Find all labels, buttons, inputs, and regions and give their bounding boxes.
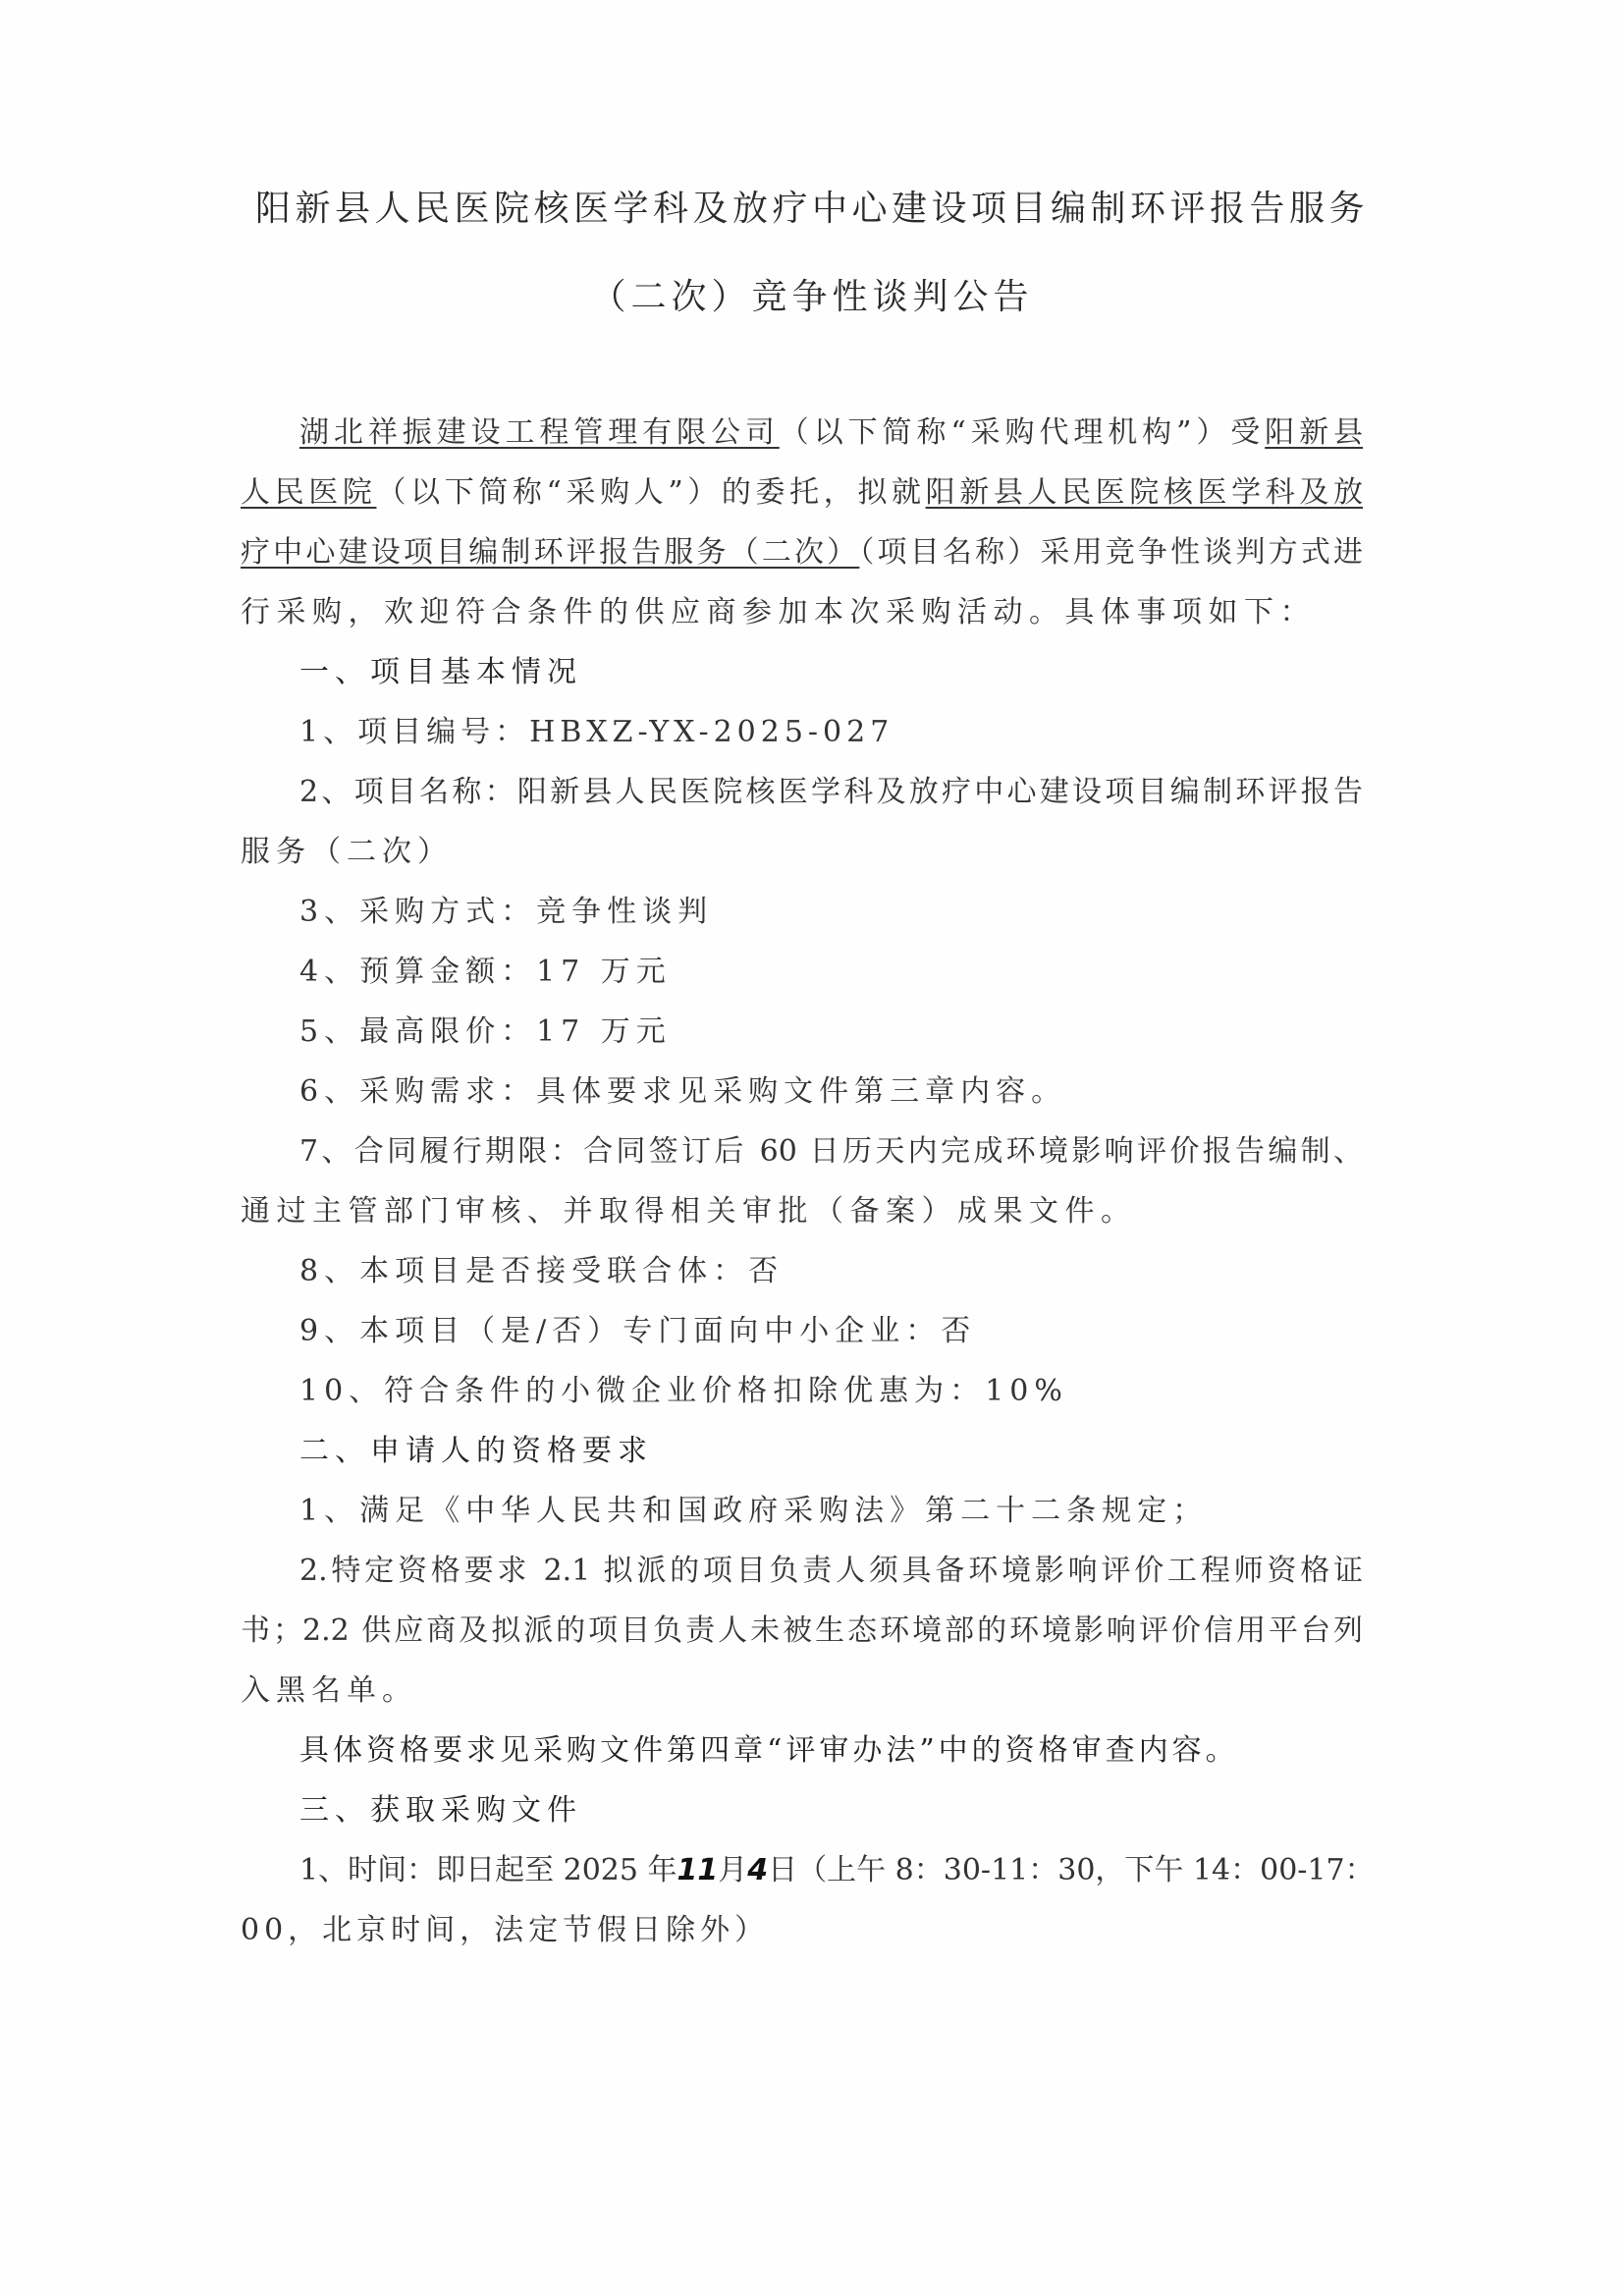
qualification-item-1: 1、满足《中华人民共和国政府采购法》第二十二条规定； [299, 1492, 1363, 1531]
agency-name: 湖北祥振建设工程管理有限公司 [299, 415, 780, 450]
item-value: 否 [748, 1254, 784, 1288]
document-page: 阳新县人民医院核医学科及放疗中心建设项目编制环评报告服务 （二次）竞争性谈判公告… [0, 0, 1624, 2296]
item-project-name: 2、项目名称：阳新县人民医院核医学科及放疗中心建设项目编制环评报告 [299, 773, 1363, 812]
item-project-name-continuation: 服务（二次） [241, 833, 1363, 872]
item-contract-period: 7、合同履行期限：合同签订后 60 日历天内完成环境影响评价报告编制、 [299, 1132, 1363, 1172]
intro-line-1: 湖北祥振建设工程管理有限公司（以下简称“采购代理机构”）受阳新县 [299, 413, 1363, 453]
time-suffix: （上午 8：30-11：30，下午 14：00-17： [797, 1853, 1374, 1887]
project-name-part1: 阳新县人民医院核医学科及放 [926, 475, 1363, 510]
page-title-line1: 阳新县人民医院核医学科及放疗中心建设项目编制环评报告服务 [0, 188, 1624, 231]
item-budget: 4、预算金额：17 万元 [299, 953, 1363, 992]
page-title-line2: （二次）竞争性谈判公告 [0, 276, 1624, 319]
time-prefix: 1、时间：即日起至 2025 年 [299, 1853, 677, 1887]
item-label: 8、本项目是否接受联合体： [299, 1254, 748, 1288]
item-label: 3、采购方式： [299, 895, 536, 929]
qualification-item-2-line3: 入黑名单。 [241, 1671, 1363, 1711]
item-label: 10、符合条件的小微企业价格扣除优惠为： [299, 1374, 985, 1408]
item-value: 具体要求见采购文件第三章内容。 [536, 1074, 1066, 1109]
item-procurement-method: 3、采购方式：竞争性谈判 [299, 893, 1363, 932]
section2-heading: 二、申请人的资格要求 [299, 1432, 1363, 1471]
item-label: 2、项目名称： [299, 775, 517, 809]
intro-line-3: 疗中心建设项目编制环评报告服务（二次）（项目名称）采用竞争性谈判方式进 [241, 533, 1363, 573]
purchaser-suffix: （以下简称“采购人”）的委托，拟就 [376, 475, 925, 510]
item-value: 合同签订后 60 日历天内完成环境影响评价报告编制、 [583, 1134, 1363, 1169]
day-unit: 日 [768, 1853, 797, 1887]
item-value: HBXZ-YX-2025-027 [529, 715, 893, 749]
item-value: 10% [985, 1374, 1068, 1408]
item-value: 17 万元 [536, 1014, 672, 1049]
qualification-note: 具体资格要求见采购文件第四章“评审办法”中的资格审查内容。 [299, 1731, 1363, 1771]
item-label: 6、采购需求： [299, 1074, 536, 1109]
item-label: 9、本项目（是/否）专门面向中小企业： [299, 1314, 941, 1348]
item-max-price: 5、最高限价：17 万元 [299, 1012, 1363, 1052]
qualification-item-2-line1: 2.特定资格要求 2.1 拟派的项目负责人须具备环境影响评价工程师资格证 [299, 1552, 1363, 1591]
section1-heading: 一、项目基本情况 [299, 653, 1363, 692]
item-project-number: 1、项目编号：HBXZ-YX-2025-027 [299, 713, 1363, 752]
month-unit: 月 [718, 1853, 747, 1887]
item-value: 否 [941, 1314, 976, 1348]
item-price-deduction: 10、符合条件的小微企业价格扣除优惠为：10% [299, 1372, 1363, 1411]
item-value: 阳新县人民医院核医学科及放疗中心建设项目编制环评报告 [517, 775, 1363, 809]
item-sme-dedicated: 9、本项目（是/否）专门面向中小企业：否 [299, 1312, 1363, 1351]
item-contract-period-continuation: 通过主管部门审核、并取得相关审批（备案）成果文件。 [241, 1192, 1363, 1231]
item-label: 1、项目编号： [299, 715, 529, 749]
intro-line-4: 行采购，欢迎符合条件的供应商参加本次采购活动。具体事项如下： [241, 593, 1363, 632]
purchaser-name-part2: 人民医院 [241, 475, 376, 510]
qualification-item-2-line2: 书；2.2 供应商及拟派的项目负责人未被生态环境部的环境影响评价信用平台列 [241, 1612, 1363, 1651]
acquisition-time-line1: 1、时间：即日起至 2025 年11月4日（上午 8：30-11：30，下午 1… [299, 1851, 1363, 1890]
section3-heading: 三、获取采购文件 [299, 1791, 1363, 1831]
project-suffix: （项目名称）采用竞争性谈判方式进 [859, 535, 1363, 570]
item-label: 5、最高限价： [299, 1014, 536, 1049]
purchaser-name-part1: 阳新县 [1265, 415, 1363, 450]
handwritten-day: 4 [747, 1853, 768, 1887]
item-value: 竞争性谈判 [536, 895, 713, 929]
item-consortium: 8、本项目是否接受联合体：否 [299, 1252, 1363, 1291]
item-label: 4、预算金额： [299, 955, 536, 989]
item-label: 7、合同履行期限： [299, 1134, 583, 1169]
project-name-part2: 疗中心建设项目编制环评报告服务（二次） [241, 535, 859, 570]
intro-line-2: 人民医院（以下简称“采购人”）的委托，拟就阳新县人民医院核医学科及放 [241, 473, 1363, 513]
agency-suffix: （以下简称“采购代理机构”）受 [780, 415, 1265, 450]
acquisition-time-line2: 00，北京时间，法定节假日除外） [241, 1911, 1363, 1950]
item-requirements: 6、采购需求：具体要求见采购文件第三章内容。 [299, 1072, 1363, 1112]
handwritten-month: 11 [677, 1853, 719, 1887]
item-value: 17 万元 [536, 955, 672, 989]
